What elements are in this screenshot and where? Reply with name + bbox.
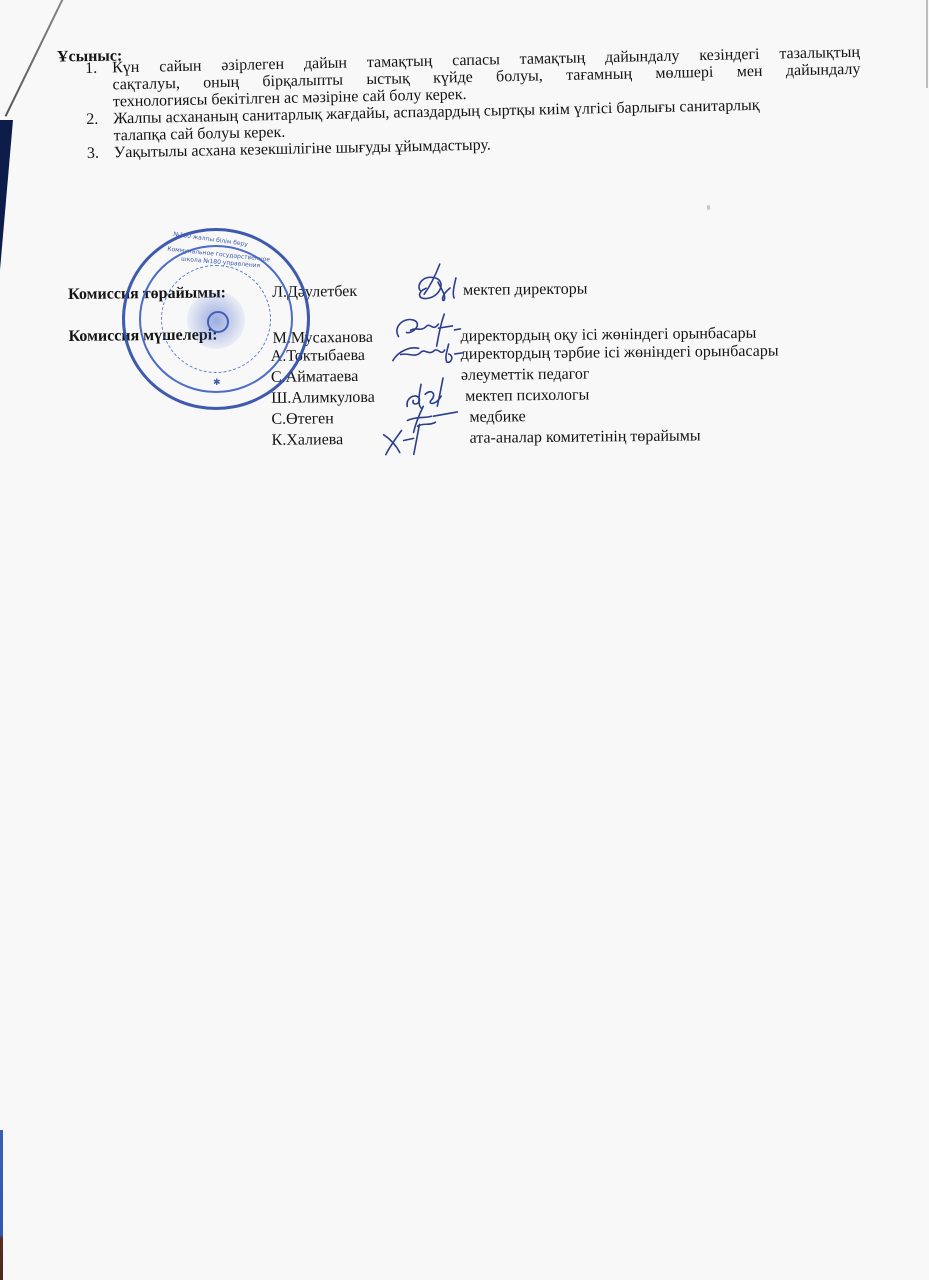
member-role: әлеуметтік педагог — [461, 366, 590, 385]
member-role: мектеп психологы — [465, 387, 589, 406]
star-icon: ✱ — [213, 377, 221, 388]
state-emblem-icon — [187, 291, 245, 349]
member-name: С.Өтеген — [271, 410, 334, 429]
member-name: Ш.Алимкулова — [271, 389, 375, 408]
scan-edge-strip — [0, 1130, 3, 1280]
item-number: 1. — [85, 59, 113, 111]
member-role: медбике — [469, 408, 526, 427]
recommendations-list: 1. Күн сайын әзірлеген дайын тамақтың са… — [85, 44, 862, 162]
item-number: 3. — [87, 144, 114, 162]
scan-edge-line — [926, 0, 928, 88]
scan-speck — [707, 205, 710, 210]
scan-edge-shadow — [0, 120, 13, 270]
member-role: директордың тәрбие ісі жөніндегі орынбас… — [461, 343, 779, 364]
signature-member-5 — [379, 422, 429, 457]
scanned-document-page: Ұсыныс: 1. Күн сайын әзірлеген дайын там… — [0, 0, 929, 1280]
official-stamp: №180 жалпы білім беру Коммунальное госуд… — [122, 228, 310, 410]
item-number: 2. — [86, 110, 114, 145]
member-role: ата-аналар комитетінің төрайымы — [470, 427, 701, 447]
signature-member-2 — [389, 340, 465, 367]
signature-chair — [410, 260, 470, 309]
chair-role: мектеп директоры — [463, 281, 588, 300]
member-name: К.Халиева — [272, 431, 344, 450]
